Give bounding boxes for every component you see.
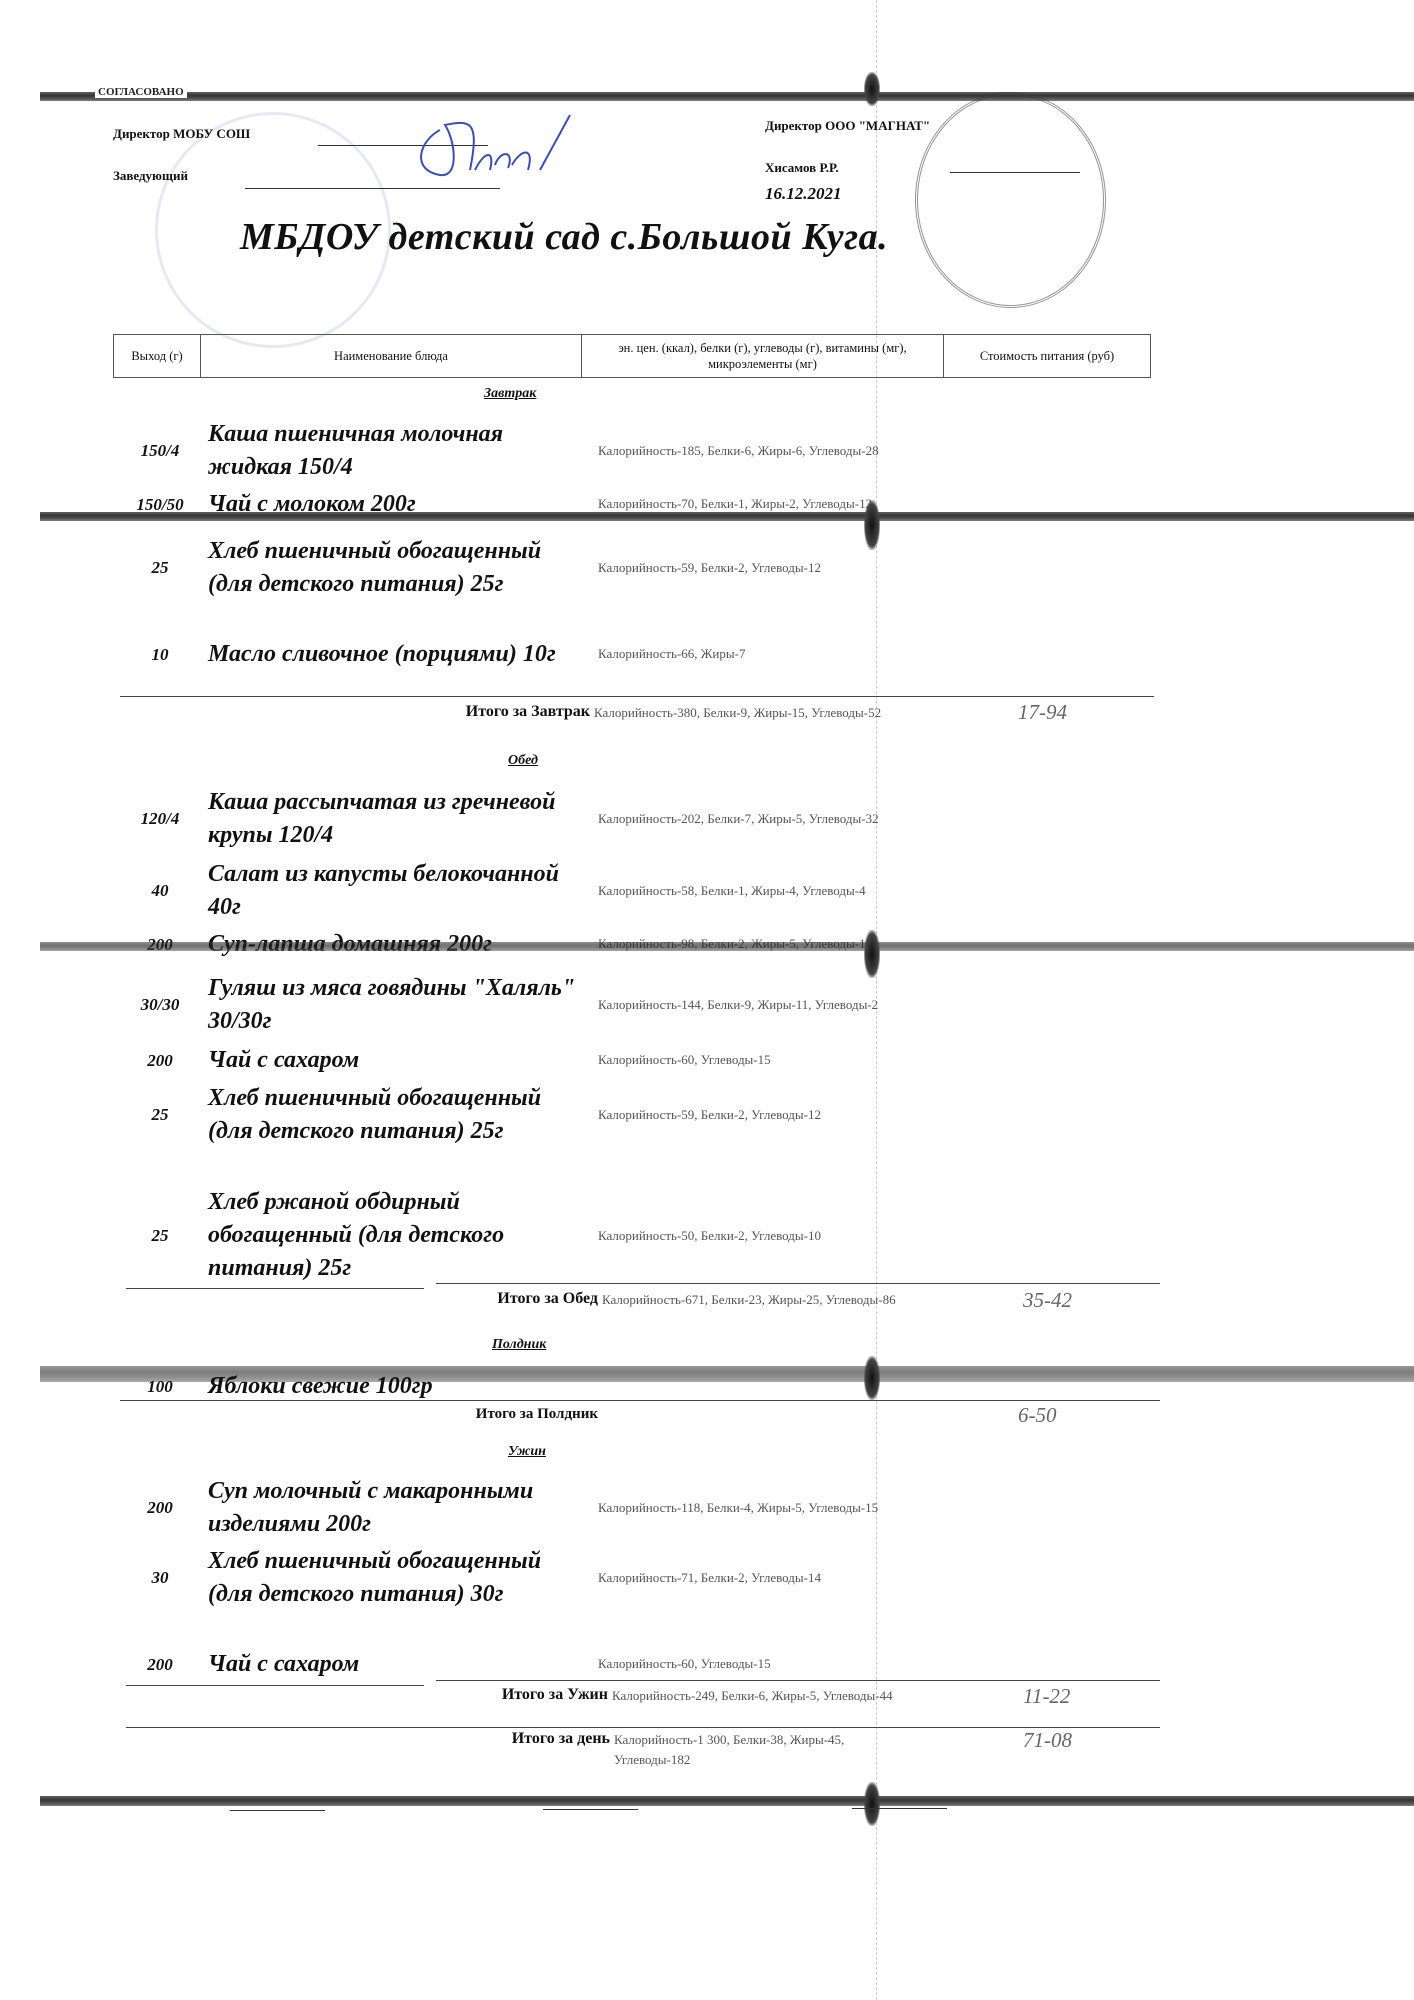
yield: 25 bbox=[120, 1226, 200, 1246]
divider bbox=[436, 1680, 1160, 1681]
ink-blot bbox=[864, 930, 880, 978]
dish-name: Чай с сахаром bbox=[200, 1648, 578, 1681]
total-cost: 11-22 bbox=[1023, 1684, 1070, 1709]
scan-streak bbox=[40, 512, 1414, 521]
nutrition: Калорийность-185, Белки-6, Жиры-6, Углев… bbox=[598, 441, 898, 461]
menu-row: 30/30 Гуляш из мяса говядины "Халяль" 30… bbox=[120, 972, 898, 1038]
stamp-right bbox=[915, 92, 1106, 308]
nutrition: Калорийность-66, Жиры-7 bbox=[598, 644, 898, 664]
dish-name: Гуляш из мяса говядины "Халяль" 30/30г bbox=[200, 972, 578, 1038]
yield: 10 bbox=[120, 645, 200, 665]
total-nutrition: Калорийность-671, Белки-23, Жиры-25, Угл… bbox=[602, 1290, 902, 1310]
day-total-cost: 71-08 bbox=[1023, 1728, 1072, 1753]
nutrition: Калорийность-59, Белки-2, Углеводы-12 bbox=[598, 1105, 898, 1125]
yield: 30 bbox=[120, 1568, 200, 1588]
menu-row: 25 Хлеб пшеничный обогащенный (для детск… bbox=[120, 1082, 898, 1148]
section-lunch: Обед bbox=[508, 753, 538, 769]
total-cost: 35-42 bbox=[1023, 1288, 1072, 1313]
yield: 40 bbox=[120, 881, 200, 901]
total-label: Итого за Полдник bbox=[308, 1406, 598, 1423]
divider bbox=[126, 1727, 1160, 1728]
signature-line bbox=[230, 1810, 325, 1811]
top-strip-text: СОГЛАСОВАНО bbox=[95, 86, 187, 98]
menu-row: 200 Чай с сахаром Калорийность-60, Углев… bbox=[120, 1648, 898, 1681]
total-label: Итого за Завтрак bbox=[300, 703, 590, 721]
yield: 100 bbox=[120, 1377, 200, 1397]
nutrition: Калорийность-50, Белки-2, Углеводы-10 bbox=[598, 1226, 898, 1246]
signature-icon bbox=[400, 110, 590, 190]
menu-row: 120/4 Каша рассыпчатая из гречневой круп… bbox=[120, 786, 898, 852]
menu-row: 30 Хлеб пшеничный обогащенный (для детск… bbox=[120, 1545, 898, 1611]
menu-row: 10 Масло сливочное (порциями) 10г Калори… bbox=[120, 638, 898, 671]
col-nutrition: эн. цен. (ккал), белки (г), углеводы (г)… bbox=[582, 335, 944, 377]
page-title: МБДОУ детский сад с.Большой Куга. bbox=[240, 215, 888, 259]
ink-blot bbox=[864, 72, 880, 106]
menu-row: 25 Хлеб пшеничный обогащенный (для детск… bbox=[120, 535, 898, 601]
approval-date: 16.12.2021 bbox=[765, 184, 842, 204]
nutrition: Калорийность-202, Белки-7, Жиры-5, Углев… bbox=[598, 809, 898, 829]
signature-line bbox=[852, 1808, 947, 1809]
dish-name: Суп молочный с макаронными изделиями 200… bbox=[200, 1475, 584, 1541]
divider bbox=[120, 696, 1154, 697]
table-header: Выход (г) Наименование блюда эн. цен. (к… bbox=[113, 334, 1151, 378]
total-nutrition: Калорийность-249, Белки-6, Жиры-5, Углев… bbox=[612, 1686, 912, 1706]
left-approver-label: Директор МОБУ СОШ bbox=[113, 126, 250, 142]
nutrition: Калорийность-58, Белки-1, Жиры-4, Углево… bbox=[598, 881, 898, 901]
col-cost: Стоимость питания (руб) bbox=[944, 335, 1150, 377]
menu-row: 40 Салат из капусты белокочанной 40г Кал… bbox=[120, 858, 898, 924]
yield: 150/4 bbox=[120, 441, 200, 461]
nutrition: Калорийность-59, Белки-2, Углеводы-12 bbox=[598, 558, 898, 578]
yield: 200 bbox=[120, 1051, 200, 1071]
signature-line bbox=[950, 172, 1080, 173]
nutrition: Калорийность-60, Углеводы-15 bbox=[598, 1050, 898, 1070]
menu-row: 100 Яблоки свежие 100гр bbox=[120, 1370, 578, 1403]
dish-name: Хлеб пшеничный обогащенный (для детского… bbox=[200, 1545, 578, 1611]
snack-total: Итого за Полдник bbox=[308, 1406, 598, 1423]
total-label: Итого за день bbox=[310, 1730, 610, 1748]
dish-name: Каша рассыпчатая из гречневой крупы 120/… bbox=[200, 786, 578, 852]
yield: 25 bbox=[120, 558, 200, 578]
dish-name: Яблоки свежие 100гр bbox=[200, 1370, 578, 1403]
divider bbox=[436, 1283, 1160, 1284]
dish-name: Хлеб ржаной обдирный обогащенный (для де… bbox=[200, 1186, 578, 1285]
ink-blot bbox=[864, 1356, 880, 1400]
dish-name: Хлеб пшеничный обогащенный (для детского… bbox=[200, 535, 578, 601]
yield: 200 bbox=[120, 1655, 200, 1675]
divider bbox=[120, 1400, 1160, 1401]
nutrition: Калорийность-60, Углеводы-15 bbox=[598, 1654, 898, 1674]
day-total: Итого за день Калорийность-1 300, Белки-… bbox=[310, 1730, 914, 1770]
scan-streak bbox=[40, 1796, 1414, 1806]
scan-streak bbox=[40, 942, 1414, 951]
menu-row: 25 Хлеб ржаной обдирный обогащенный (для… bbox=[120, 1186, 898, 1285]
total-nutrition: Калорийность-380, Белки-9, Жиры-15, Угле… bbox=[594, 703, 894, 723]
total-cost: 17-94 bbox=[1018, 700, 1067, 725]
section-dinner: Ужин bbox=[508, 1444, 546, 1460]
section-snack: Полдник bbox=[492, 1337, 546, 1353]
lunch-total: Итого за Обед Калорийность-671, Белки-23… bbox=[308, 1290, 902, 1310]
total-cost: 6-50 bbox=[1018, 1403, 1057, 1428]
yield: 200 bbox=[120, 1498, 200, 1518]
menu-row: 200 Суп молочный с макаронными изделиями… bbox=[120, 1475, 898, 1541]
col-yield: Выход (г) bbox=[114, 335, 201, 377]
left-head-label: Заведующий bbox=[113, 168, 188, 184]
col-dish: Наименование блюда bbox=[201, 335, 582, 377]
scan-streak bbox=[40, 92, 1414, 101]
total-label: Итого за Ужин bbox=[308, 1686, 608, 1704]
dish-name: Масло сливочное (порциями) 10г bbox=[200, 638, 578, 671]
total-label: Итого за Обед bbox=[308, 1290, 598, 1308]
yield: 120/4 bbox=[120, 809, 200, 829]
signature-line bbox=[543, 1809, 638, 1810]
right-approver-label: Директор ООО "МАГНАТ" bbox=[765, 118, 930, 134]
dish-name: Хлеб пшеничный обогащенный (для детского… bbox=[200, 1082, 578, 1148]
section-breakfast: Завтрак bbox=[484, 386, 536, 402]
divider bbox=[126, 1288, 424, 1289]
nutrition: Калорийность-118, Белки-4, Жиры-5, Углев… bbox=[598, 1498, 898, 1518]
yield: 30/30 bbox=[120, 995, 200, 1015]
menu-row: 200 Чай с сахаром Калорийность-60, Углев… bbox=[120, 1044, 898, 1077]
right-name: Хисамов Р.Р. bbox=[765, 160, 839, 176]
nutrition: Калорийность-71, Белки-2, Углеводы-14 bbox=[598, 1568, 898, 1588]
ink-blot bbox=[864, 1782, 880, 1826]
dish-name: Салат из капусты белокочанной 40г bbox=[200, 858, 578, 924]
dish-name: Чай с сахаром bbox=[200, 1044, 578, 1077]
breakfast-total: Итого за Завтрак Калорийность-380, Белки… bbox=[300, 703, 894, 723]
dinner-total: Итого за Ужин Калорийность-249, Белки-6,… bbox=[308, 1686, 912, 1706]
yield: 25 bbox=[120, 1105, 200, 1125]
dish-name: Каша пшеничная молочная жидкая 150/4 bbox=[200, 418, 578, 484]
menu-row: 150/4 Каша пшеничная молочная жидкая 150… bbox=[120, 418, 898, 484]
nutrition: Калорийность-144, Белки-9, Жиры-11, Угле… bbox=[598, 995, 898, 1015]
total-nutrition: Калорийность-1 300, Белки-38, Жиры-45, У… bbox=[614, 1730, 914, 1770]
